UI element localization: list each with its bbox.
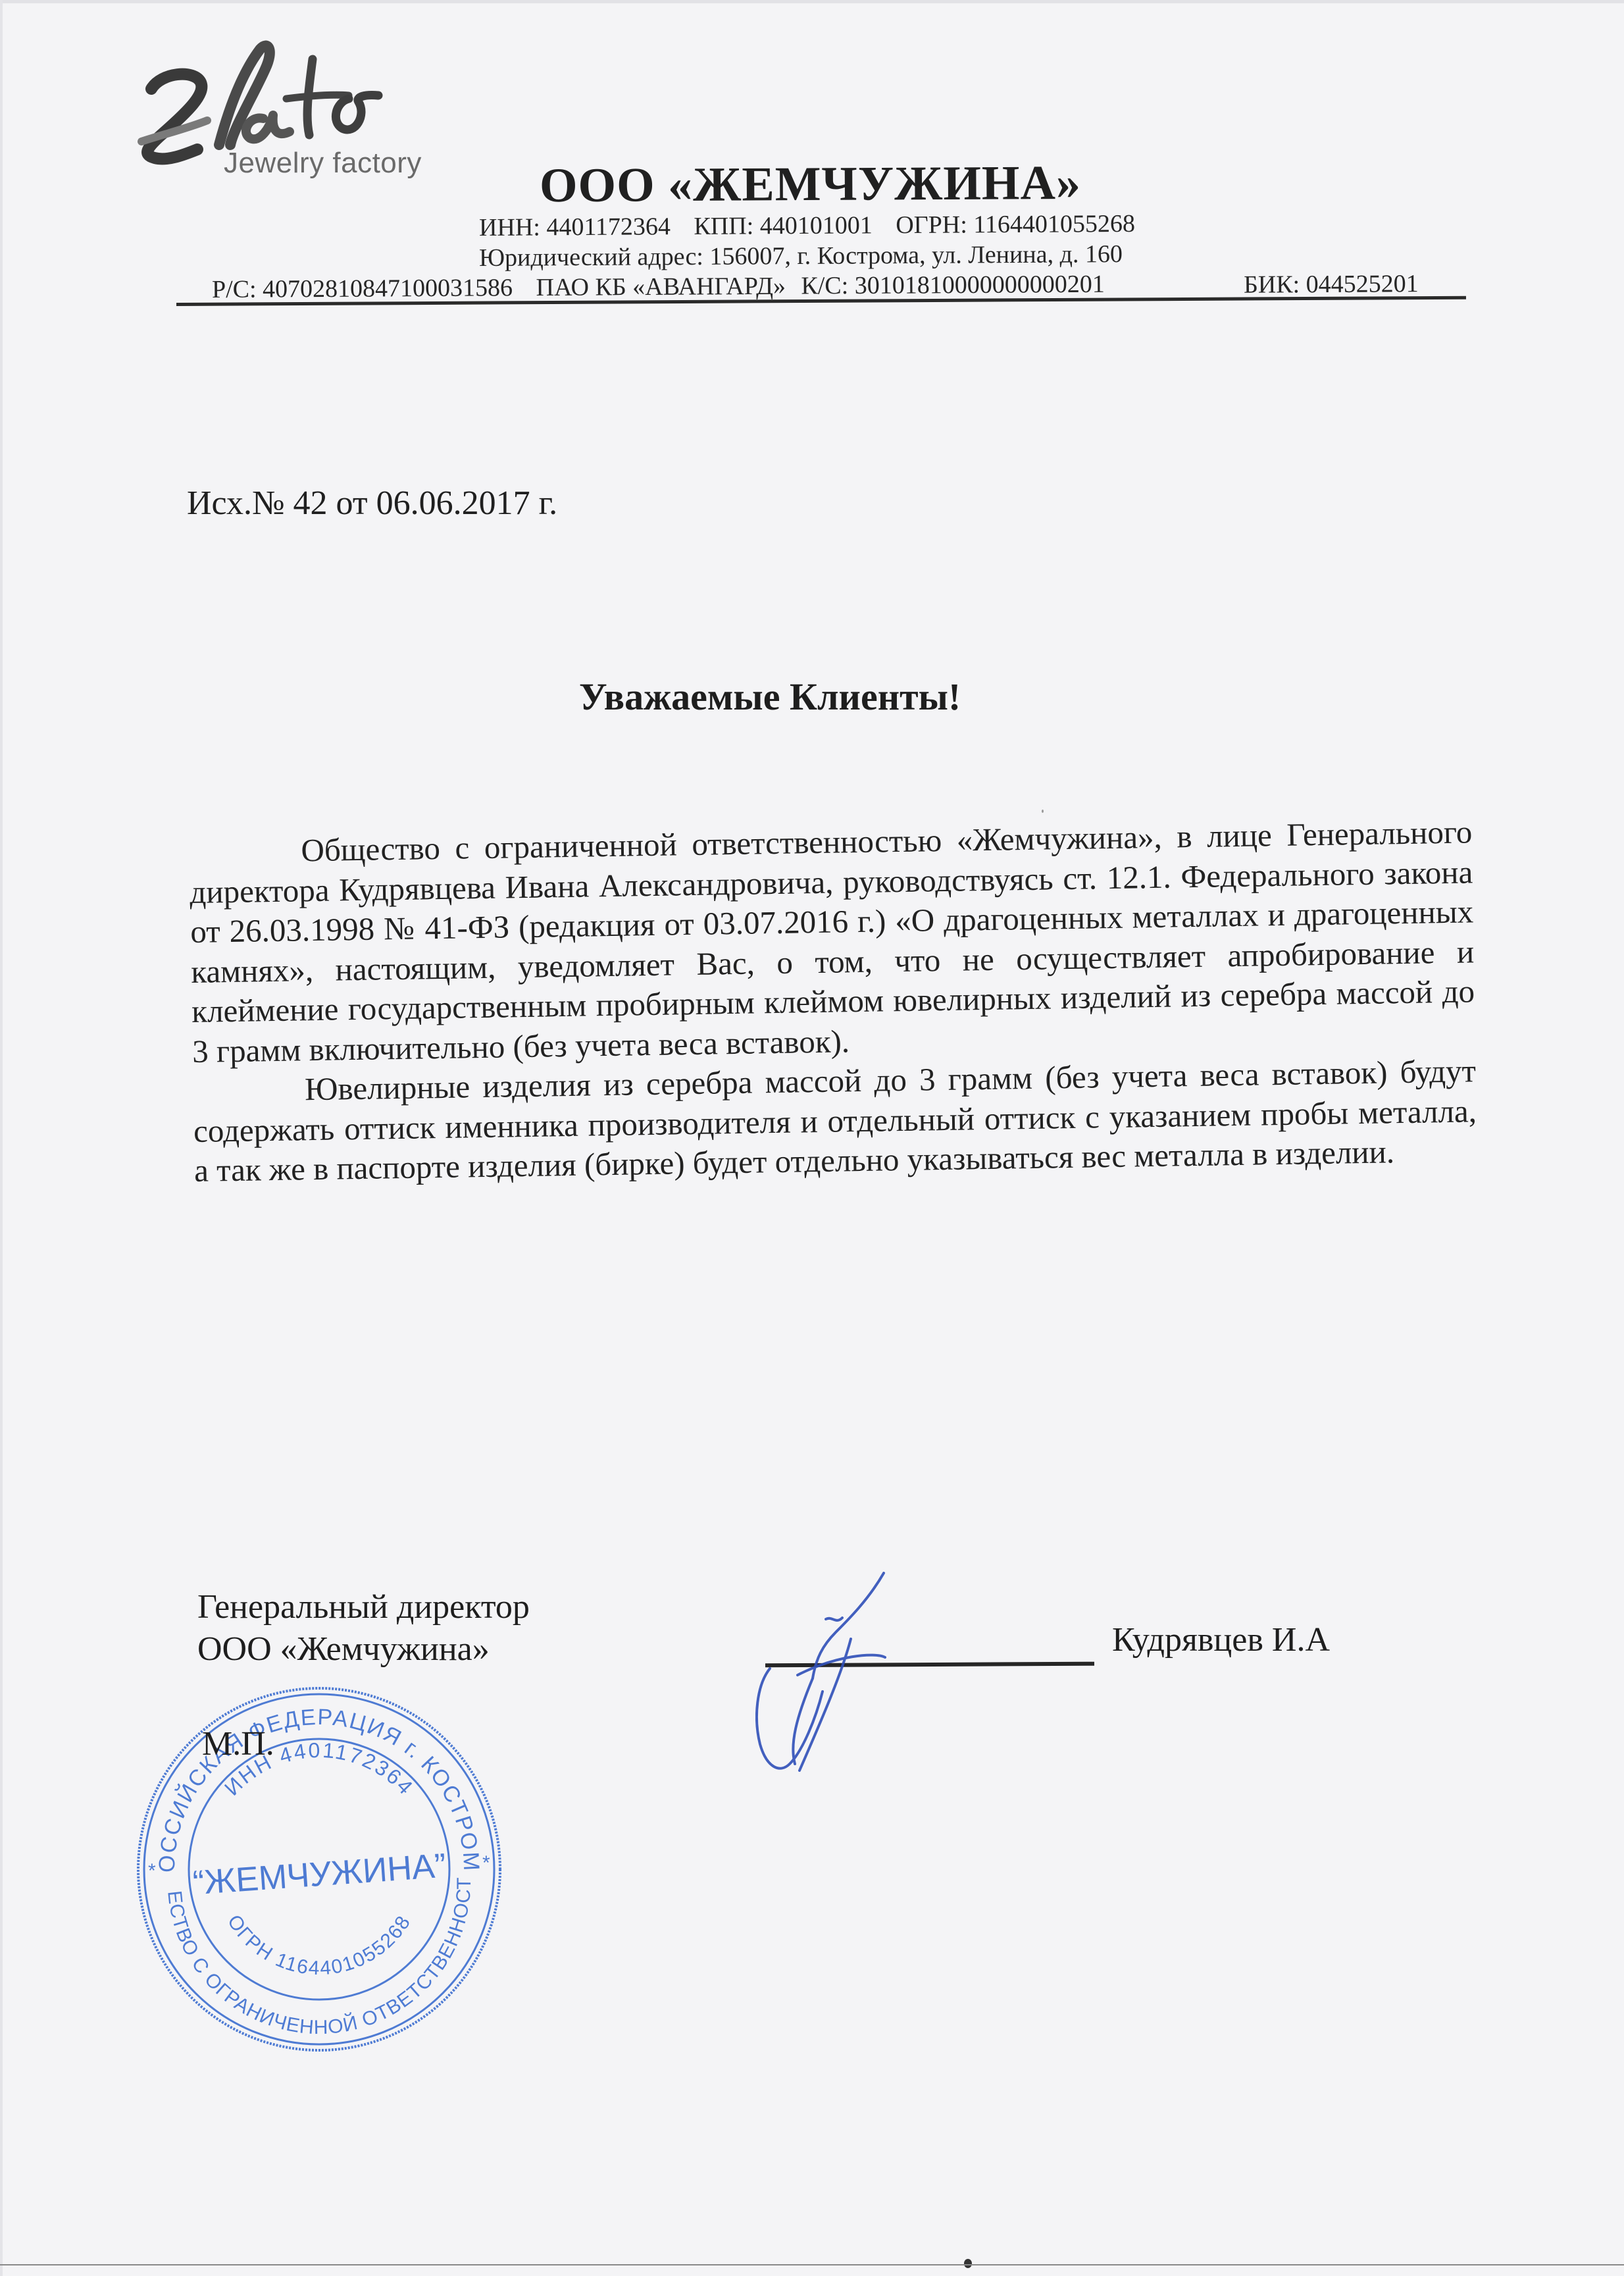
letter-greeting: Уважаемые Клиенты! bbox=[579, 675, 961, 719]
rs-value: 40702810847100031586 bbox=[263, 274, 513, 303]
company-name-heading: ООО «ЖЕМЧУЖИНА» bbox=[540, 155, 1081, 214]
kpp-value: 440101001 bbox=[760, 211, 873, 240]
signer-name: Кудрявцев И.А bbox=[1112, 1620, 1330, 1659]
kpp-label: КПП: bbox=[694, 212, 753, 240]
signature-scribble-icon bbox=[744, 1547, 1112, 1823]
round-seal-icon: РОССИЙСКАЯ ФЕДЕРАЦИЯ г. КОСТРОМА ОБЩЕСТВ… bbox=[122, 1672, 517, 2067]
logo-tagline: Jewelry factory bbox=[224, 147, 422, 180]
address-value: 156007, г. Кострома, ул. Ленина, д. 160 bbox=[709, 240, 1123, 271]
svg-text:РОССИЙСКАЯ ФЕДЕРАЦИЯ г. КОСТРО: РОССИЙСКАЯ ФЕДЕРАЦИЯ г. КОСТРОМА bbox=[122, 1672, 484, 1873]
stamp-star-icon: * bbox=[148, 1860, 156, 1882]
page-edge bbox=[0, 0, 1624, 3]
page-bottom-edge bbox=[0, 2264, 1624, 2265]
body-paragraph: Общество с ограниченной ответственностью… bbox=[189, 812, 1475, 1072]
signatory-company: ООО «Жемчужина» bbox=[197, 1628, 530, 1670]
handwritten-signature bbox=[744, 1547, 1112, 1826]
bik-line: БИК: 044525201 bbox=[1244, 269, 1419, 299]
ks-label: К/С: bbox=[801, 272, 848, 299]
ks-value: 30101810000000000201 bbox=[855, 271, 1105, 299]
stamp-outer-top-text: РОССИЙСКАЯ ФЕДЕРАЦИЯ г. КОСТРОМА bbox=[122, 1672, 484, 1873]
stamp-inner-bottom-text: ОГРН 1164401055268 bbox=[223, 1911, 415, 1980]
signatory-title: Генеральный директор ООО «Жемчужина» bbox=[197, 1586, 530, 1670]
letter-body: Общество с ограниченной ответственностью… bbox=[189, 812, 1477, 1191]
company-logo: Jewelry factory bbox=[122, 36, 438, 181]
address-label: Юридический адрес: bbox=[479, 243, 703, 272]
signatory-position: Генеральный директор bbox=[197, 1586, 530, 1628]
company-seal-stamp: РОССИЙСКАЯ ФЕДЕРАЦИЯ г. КОСТРОМА ОБЩЕСТВ… bbox=[122, 1672, 517, 2070]
seal-mark-label: М.П. bbox=[202, 1724, 274, 1763]
bank-name: ПАО КБ «АВАНГАРД» bbox=[536, 272, 786, 301]
inn-value: 4401172364 bbox=[546, 213, 671, 241]
page-edge bbox=[0, 0, 3, 2276]
rs-label: Р/С: bbox=[212, 276, 257, 303]
svg-text:ОГРН 1164401055268: ОГРН 1164401055268 bbox=[223, 1911, 415, 1980]
bik-label: БИК: bbox=[1244, 271, 1300, 299]
scan-speck bbox=[964, 2259, 972, 2268]
ogrn-label: ОГРН: bbox=[896, 211, 967, 239]
scan-speck bbox=[1042, 810, 1044, 813]
inn-label: ИНН: bbox=[479, 213, 540, 242]
bik-value: 044525201 bbox=[1306, 270, 1419, 298]
outgoing-reference: Исх.№ 42 от 06.06.2017 г. bbox=[187, 484, 557, 523]
stamp-star-icon: * bbox=[482, 1852, 490, 1874]
body-paragraph: Ювелирные изделия из серебра массой до 3… bbox=[193, 1051, 1478, 1191]
stamp-center-text: “ЖЕМЧУЖИНА” bbox=[191, 1847, 447, 1903]
ogrn-value: 1164401055268 bbox=[973, 210, 1135, 238]
company-registration-line: ИНН: 4401172364 КПП: 440101001 ОГРН: 116… bbox=[479, 209, 1135, 242]
legal-address-line: Юридический адрес: 156007, г. Кострома, … bbox=[479, 240, 1123, 272]
